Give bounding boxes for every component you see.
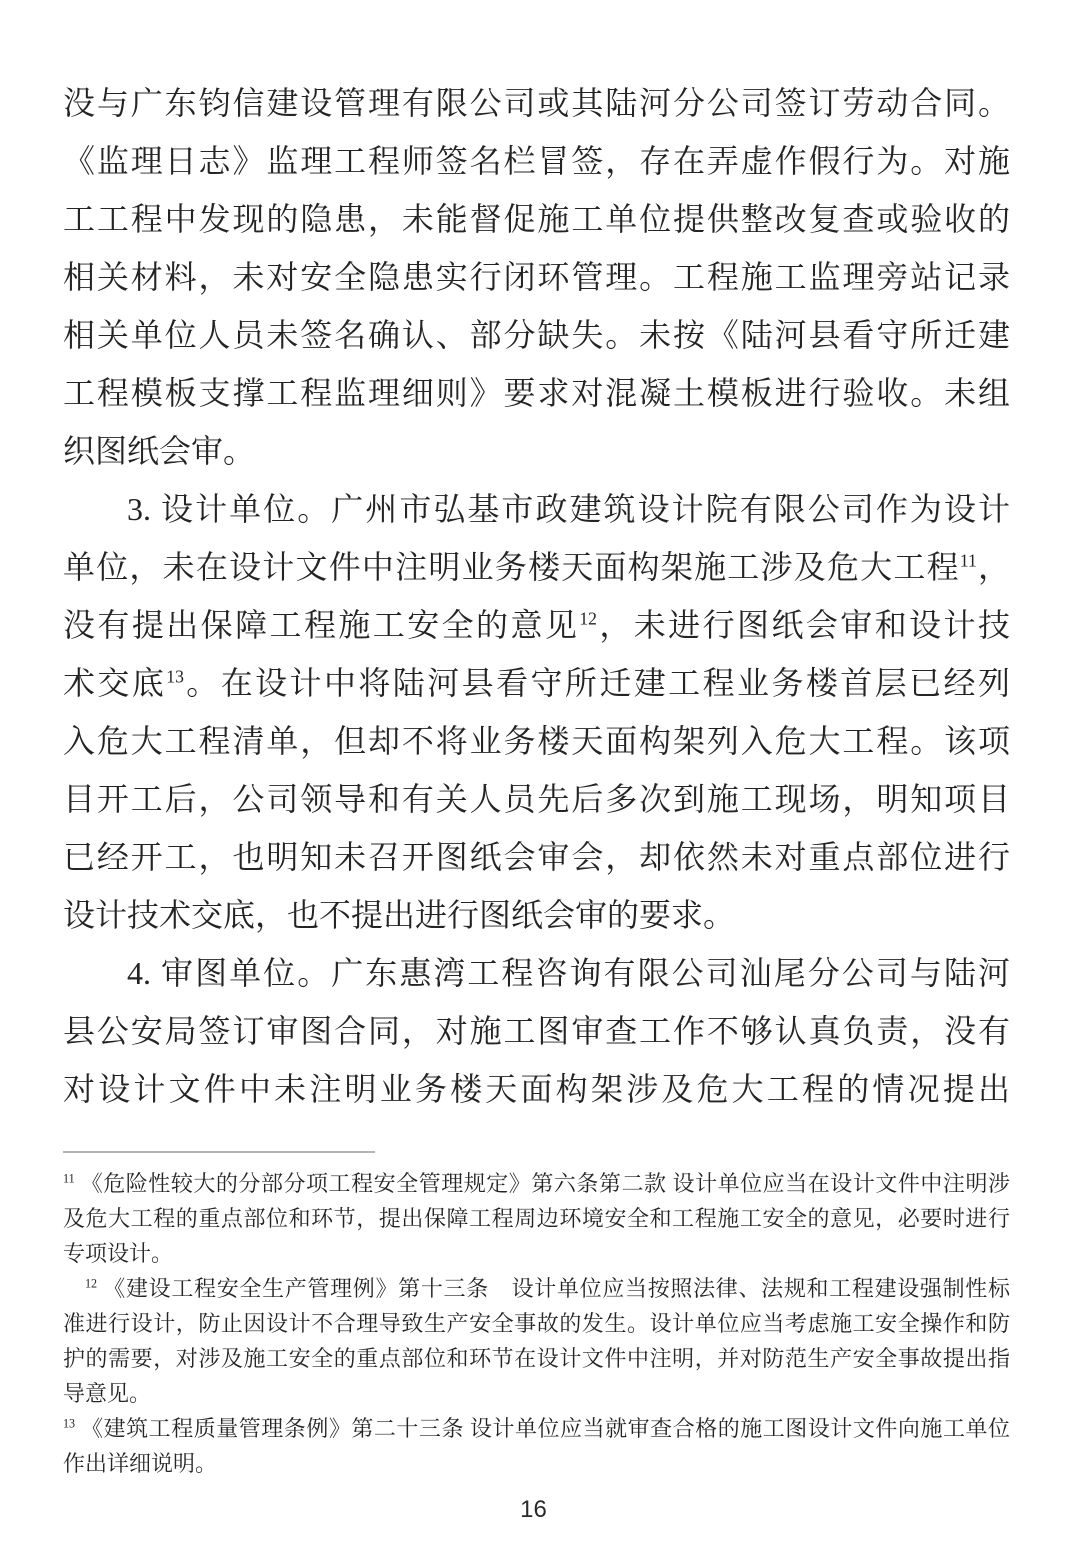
body-line: 相关材料，未对安全隐患实行闭环管理。工程施工监理旁站记录	[63, 248, 1010, 306]
body-line: 设计技术交底，也不提出进行图纸会审的要求。	[63, 886, 1010, 944]
footnote-line: 及危大工程的重点部位和环节，提出保障工程周边环境安全和工程施工安全的意见，必要时…	[63, 1201, 1010, 1236]
body-line: 4. 审图单位。广东惠湾工程咨询有限公司汕尾分公司与陆河	[63, 944, 1010, 1002]
footnote-line: 12 《建设工程安全生产管理例》第十三条 设计单位应当按照法律、法规和工程建设强…	[63, 1271, 1010, 1306]
body-line: 织图纸会审。	[63, 422, 1010, 480]
body-line: 没与广东钧信建设管理有限公司或其陆河分公司签订劳动合同。	[63, 74, 1010, 132]
body-line: 入危大工程清单，但却不将业务楼天面构架列入危大工程。该项	[63, 712, 1010, 770]
footnote-line: 作出详细说明。	[63, 1446, 1010, 1481]
body-line: 已经开工，也明知未召开图纸会审会，却依然未对重点部位进行	[63, 828, 1010, 886]
body-line: 县公安局签订审图合同，对施工图审查工作不够认真负责，没有	[63, 1002, 1010, 1060]
footnote-line: 准进行设计，防止因设计不合理导致生产安全事故的发生。设计单位应当考虑施工安全操作…	[63, 1306, 1010, 1341]
body-line: 对设计文件中未注明业务楼天面构架涉及危大工程的情况提出	[63, 1060, 1010, 1118]
body-line: 没有提出保障工程施工安全的意见12，未进行图纸会审和设计技	[63, 596, 1010, 654]
body-text: 没与广东钧信建设管理有限公司或其陆河分公司签订劳动合同。《监理日志》监理工程师签…	[63, 74, 1010, 1118]
body-line: 工工程中发现的隐患，未能督促施工单位提供整改复查或验收的	[63, 190, 1010, 248]
body-line: 目开工后，公司领导和有关人员先后多次到施工现场，明知项目	[63, 770, 1010, 828]
footnote-line: 专项设计。	[63, 1236, 1010, 1271]
footnote-line: 导意见。	[63, 1376, 1010, 1411]
page-number: 16	[0, 1496, 1067, 1524]
footnote-line: 护的需要，对涉及施工安全的重点部位和环节在设计文件中注明，并对防范生产安全事故提…	[63, 1341, 1010, 1376]
footnote-line: 13 《建筑工程质量管理条例》第二十三条 设计单位应当就审查合格的施工图设计文件…	[63, 1411, 1010, 1446]
footnote-separator	[63, 1151, 375, 1153]
body-line: 工程模板支撑工程监理细则》要求对混凝土模板进行验收。未组	[63, 364, 1010, 422]
footnotes: 11 《危险性较大的分部分项工程安全管理规定》第六条第二款 设计单位应当在设计文…	[63, 1166, 1010, 1481]
body-line: 单位，未在设计文件中注明业务楼天面构架施工涉及危大工程11，	[63, 538, 1010, 596]
body-line: 《监理日志》监理工程师签名栏冒签，存在弄虚作假行为。对施	[63, 132, 1010, 190]
body-line: 术交底13。在设计中将陆河县看守所迁建工程业务楼首层已经列	[63, 654, 1010, 712]
body-line: 相关单位人员未签名确认、部分缺失。未按《陆河县看守所迁建	[63, 306, 1010, 364]
body-line: 3. 设计单位。广州市弘基市政建筑设计院有限公司作为设计	[63, 480, 1010, 538]
document-page: 没与广东钧信建设管理有限公司或其陆河分公司签订劳动合同。《监理日志》监理工程师签…	[0, 0, 1067, 1547]
footnote-line: 11 《危险性较大的分部分项工程安全管理规定》第六条第二款 设计单位应当在设计文…	[63, 1166, 1010, 1201]
